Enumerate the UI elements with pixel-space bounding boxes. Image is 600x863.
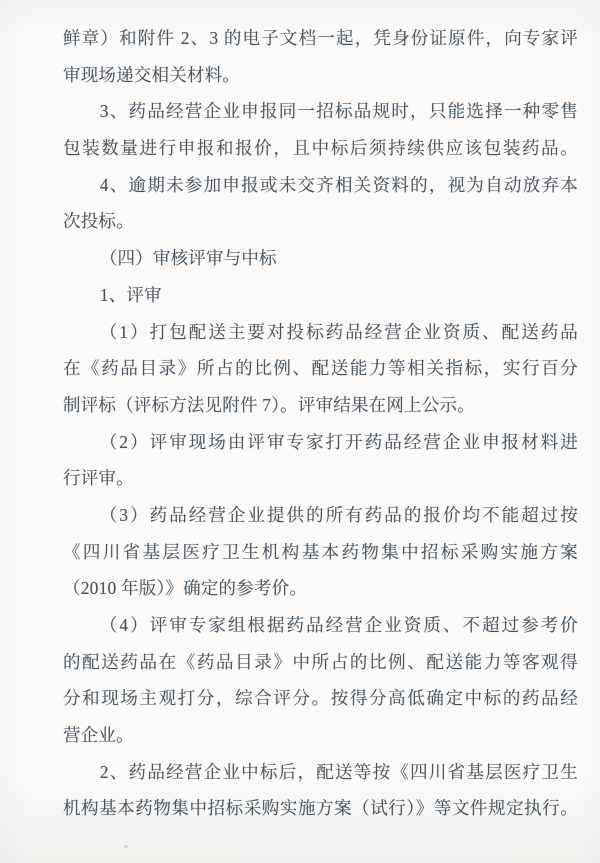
text-line: （2010 年版）》确定的参考价。: [63, 570, 578, 607]
text-line: 《四川省基层医疗卫生机构基本药物集中招标采购实施方案: [63, 534, 578, 571]
text-line: 审现场递交相关材料。: [63, 57, 578, 94]
text-line: 营企业。: [63, 717, 578, 754]
text-line: 机构基本药物集中招标采购实施方案（试行）》等文件规定执行。: [63, 790, 578, 827]
scan-artifact: [124, 845, 128, 848]
text-line: 包装数量进行申报和报价，且中标后须持续供应该包装药品。: [63, 130, 578, 167]
section-heading: （四）审核评审与中标: [63, 240, 578, 277]
text-line: （2）评审现场由评审专家打开药品经营企业申报材料进: [63, 424, 578, 461]
document-body: 鲜章）和附件 2、3 的电子文档一起，凭身份证原件，向专家评 审现场递交相关材料…: [63, 20, 578, 827]
document-page: 鲜章）和附件 2、3 的电子文档一起，凭身份证原件，向专家评 审现场递交相关材料…: [0, 0, 600, 863]
text-line: 4、逾期未参加申报或未交齐相关资料的，视为自动放弃本: [63, 167, 578, 204]
text-line: 3、药品经营企业申报同一招标品规时，只能选择一种零售: [63, 93, 578, 130]
text-line: 制评标（评标方法见附件 7）。评审结果在网上公示。: [63, 387, 578, 424]
text-line: 次投标。: [63, 203, 578, 240]
text-line: 在《药品目录》所占的比例、配送能力等相关指标，实行百分: [63, 350, 578, 387]
text-line: （3）药品经营企业提供的所有药品的报价均不能超过按: [63, 497, 578, 534]
text-line: 鲜章）和附件 2、3 的电子文档一起，凭身份证原件，向专家评: [63, 20, 578, 57]
text-line: （1）打包配送主要对投标药品经营企业资质、配送药品: [63, 314, 578, 351]
text-line: （4）评审专家组根据药品经营企业资质、不超过参考价: [63, 607, 578, 644]
text-line: 分和现场主观打分，综合评分。按得分高低确定中标的药品经: [63, 680, 578, 717]
text-line: 2、药品经营企业中标后，配送等按《四川省基层医疗卫生: [63, 754, 578, 791]
text-line: 的配送药品在《药品目录》中所占的比例、配送能力等客观得: [63, 644, 578, 681]
text-line: 行评审。: [63, 460, 578, 497]
list-item-heading: 1、评审: [63, 277, 578, 314]
